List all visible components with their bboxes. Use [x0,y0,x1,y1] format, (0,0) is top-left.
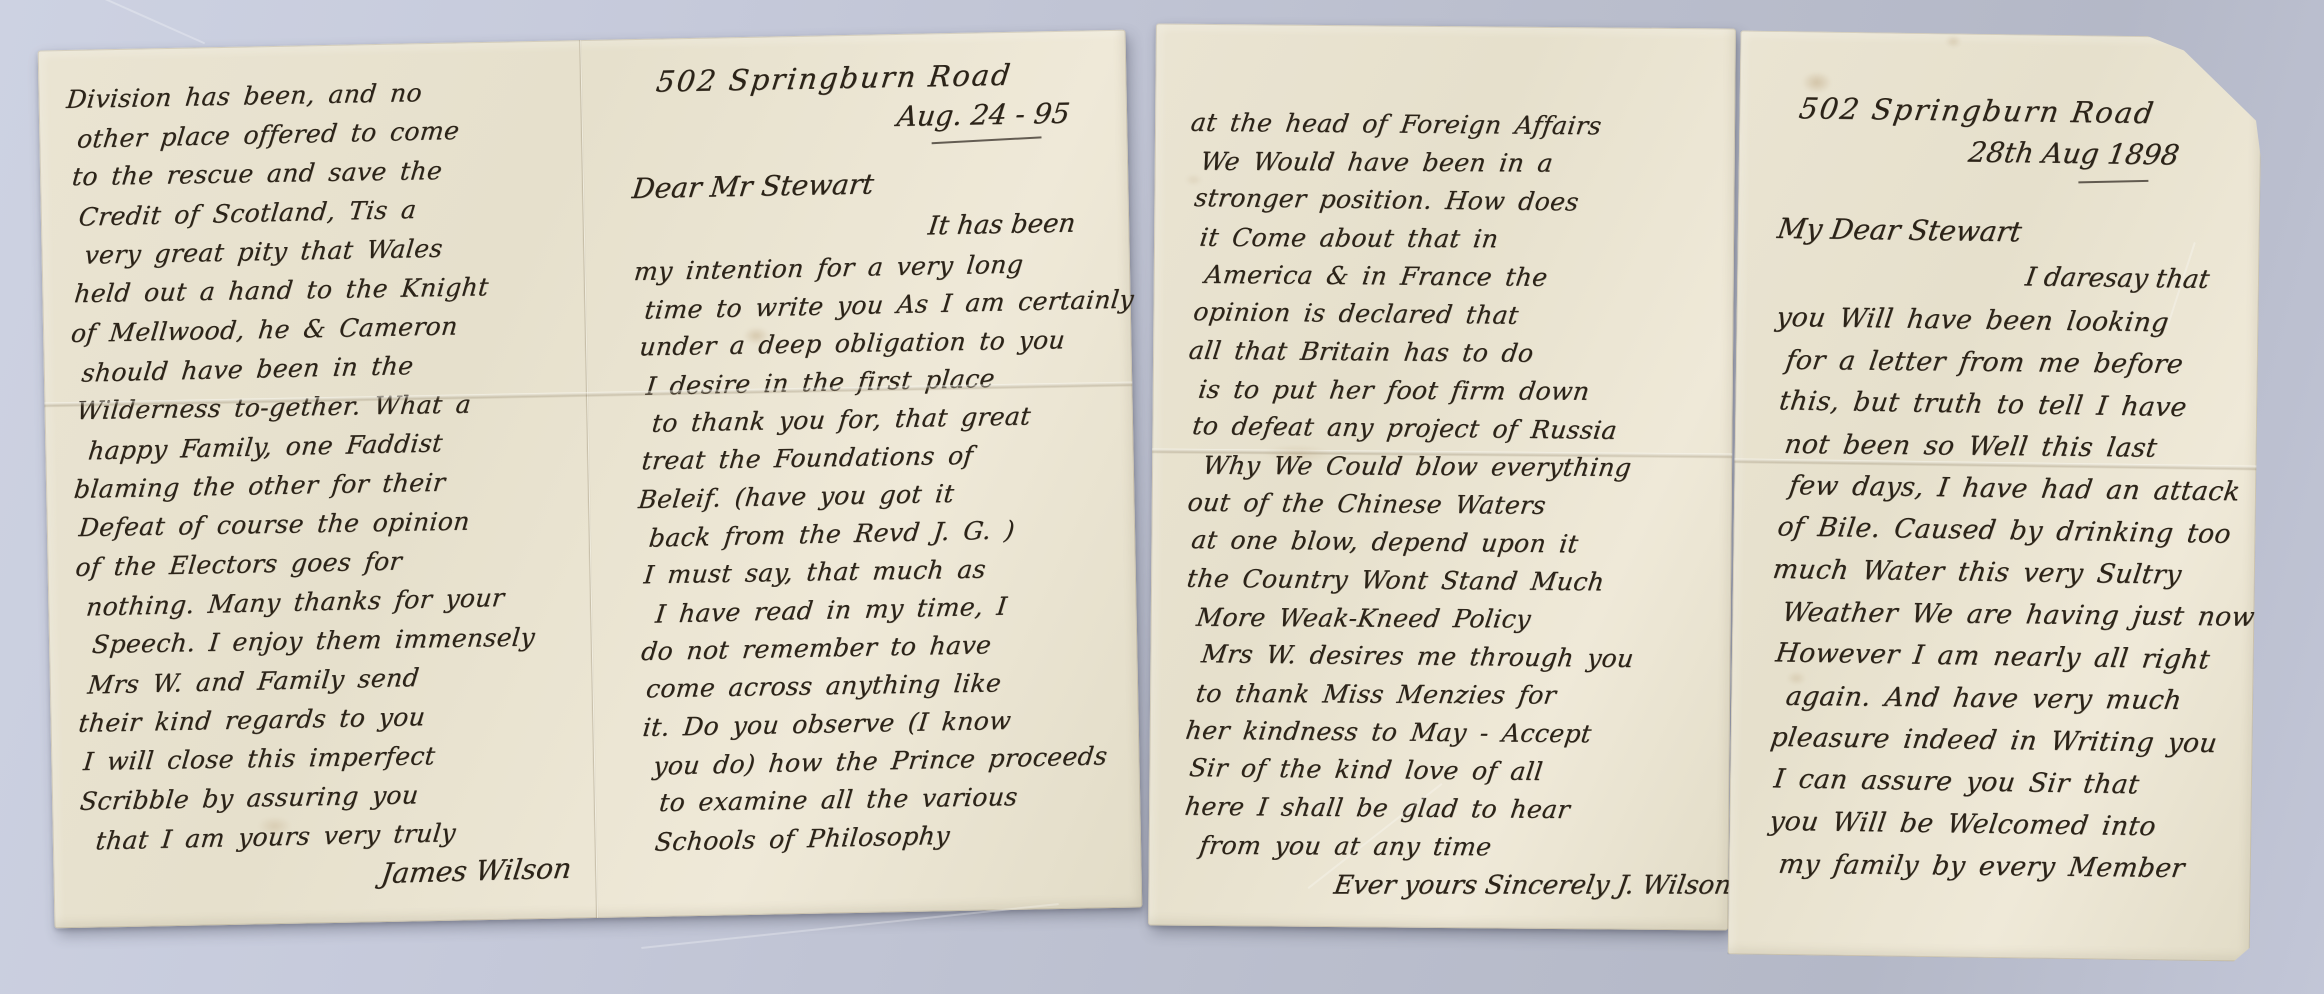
letter-1895-opening-line: It has been [631,209,1077,248]
handwriting-line: here I shall be glad to hear [1183,788,1722,831]
letter-1895-right-page-body: my intention for a very longtime to writ… [634,244,1128,861]
letter-1898-address: 502 Springburn Road [1797,91,2250,131]
handwriting-line: it Come about that in [1197,219,1726,260]
handwriting-line: More Weak-Kneed Policy [1194,599,1723,640]
handwriting-line: at the head of Foreign Affairs [1189,104,1728,147]
letter-1895-salutation: Dear Mr Stewart [630,163,1116,205]
age-stain [1802,71,1832,93]
handwriting-line: to thank Miss Menzies for [1193,675,1722,716]
handwriting-line: to defeat any project of Russia [1190,407,1725,451]
handwriting-line: her kindness to May - Accept [1183,712,1722,755]
handwriting-line: Weather We are having just now [1779,592,2243,639]
age-stain [1786,671,1806,685]
age-stain [1945,35,1961,47]
letter-1895-signature: James Wilson [379,851,592,890]
date-flourish [932,136,1042,144]
handwriting-line: However I am nearly all right [1773,632,2242,682]
letter-1898-right-page: 502 Springburn Road 28th Aug 1898 My Dea… [1728,30,2263,961]
handwriting-line: opinion is declared that [1191,293,1726,337]
handwriting-line: for a letter from me before [1783,340,2247,387]
letter-1898-left-page: at the head of Foreign AffairsWe Would h… [1148,23,1736,930]
letter-1895-sheet: Division has been, and noother place off… [38,30,1143,929]
photograph-of-two-handwritten-letters: Division has been, and noother place off… [0,0,2324,994]
handwriting-line: all that Britain has to do [1187,332,1726,375]
letter-1898-right-page-body: you Will have been lookingfor a letter f… [1769,297,2245,891]
letter-1898-signoff: Ever yours Sincerely J. Wilson [1332,871,1721,901]
handwriting-line: few days, I have had an attack [1786,465,2245,513]
letter-1895-left-page-body: Division has been, and noother place off… [66,70,589,860]
letter-1898-date: 28th Aug 1898 [1966,136,2249,173]
handwriting-line: you Will be Welcomed into [1767,801,2241,849]
handwriting-line: stronger position. How does [1192,179,1727,223]
letter-1898-opening-line: I daresay that [1775,259,2212,295]
handwriting-line: We Would have been in a [1198,143,1727,184]
handwriting-line: America & in France the [1202,256,1726,298]
letter-1895-left-page: Division has been, and noother place off… [38,40,599,928]
age-stain [1185,174,1203,186]
handwriting-line: I can assure you Sir that [1771,758,2240,808]
handwriting-line: much Water this very Sultry [1770,549,2244,597]
handwriting-line: out of the Chinese Waters [1185,484,1724,527]
handwriting-line: the Country Wont Stand Much [1185,560,1724,603]
handwriting-line: you Will have been looking [1774,297,2248,345]
surface-scratch [95,0,205,44]
handwriting-line: again. And have very much [1783,676,2242,723]
handwriting-line: from you at any time [1197,827,1721,868]
letter-1898-salutation: My Dear Stewart [1775,212,2248,251]
handwriting-line: Mrs W. desires me through you [1199,635,1723,679]
handwriting-line: at one blow, depend upon it [1189,521,1724,565]
date-flourish [2078,180,2148,183]
letter-1895-date: Aug. 24 - 95 [895,96,1115,133]
letter-1898-left-leaf: at the head of Foreign AffairsWe Would h… [1148,23,1736,930]
handwriting-line: Sir of the kind love of all [1187,749,1722,793]
handwriting-line: of Bile. Caused by drinking too [1775,506,2244,556]
letter-1895-right-page: 502 Springburn Road Aug. 24 - 95 Dear Mr… [582,30,1143,918]
letter-1898-left-page-body: at the head of Foreign AffairsWe Would h… [1185,104,1726,869]
handwriting-line: is to put her foot firm down [1196,371,1725,412]
handwriting-line: my family by every Member [1776,844,2240,891]
handwriting-line: this, but truth to tell I have [1777,380,2246,430]
letter-1895-address: 502 Springburn Road [654,56,1114,99]
letter-1898-right-leaf: 502 Springburn Road 28th Aug 1898 My Dea… [1728,30,2263,961]
handwriting-line: pleasure indeed in Writing you [1768,717,2242,765]
